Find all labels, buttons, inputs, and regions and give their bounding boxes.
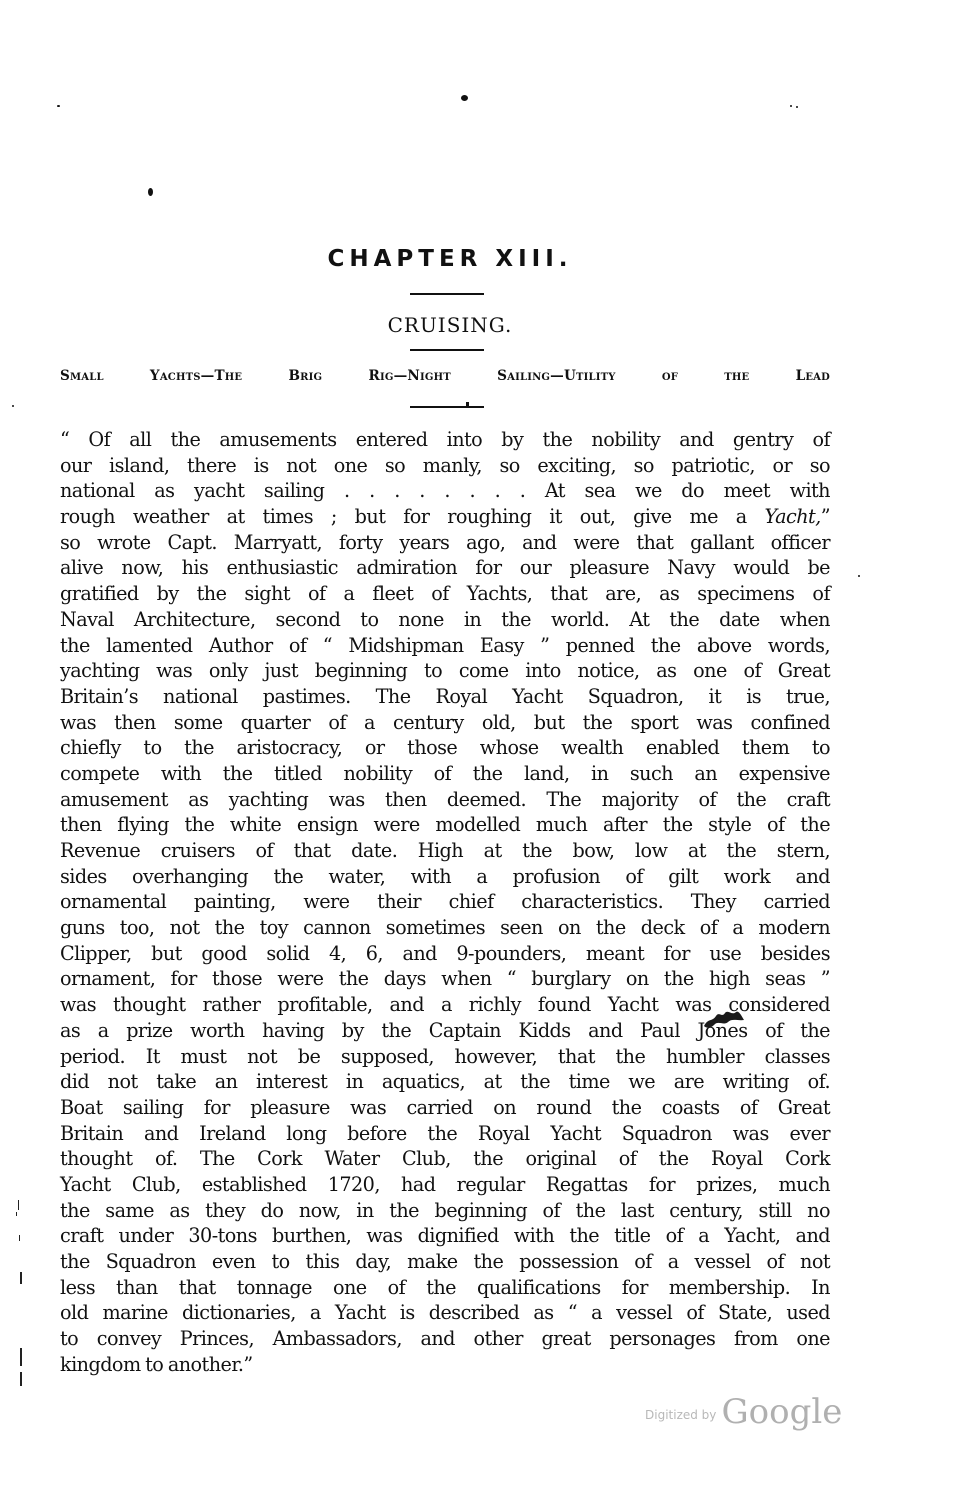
body-line: thought of. The Cork Water Club, the ori… [60, 1146, 830, 1172]
body-line: craft under 30-tons burthen, was dignifi… [60, 1223, 830, 1249]
chapter-heading: CHAPTER XIII. [0, 246, 900, 272]
body-line: the Squadron even to this day, make the … [60, 1249, 830, 1275]
body-line: amusement as yachting was then deemed. T… [60, 787, 830, 813]
scan-speck [12, 405, 14, 407]
body-line: compete with the titled nobility of the … [60, 761, 830, 787]
rule-ornament [466, 402, 469, 406]
margin-mark [19, 1235, 20, 1241]
scan-speck [858, 575, 860, 577]
scan-speck [796, 106, 798, 108]
chapter-synopsis: Small Yachts—The Brig Rig—Night Sailing—… [60, 368, 830, 384]
margin-mark [18, 1200, 19, 1210]
body-line: our island, there is not one so manly, s… [60, 453, 830, 479]
watermark-brand: Google [722, 1392, 843, 1432]
body-line: Britain and Ireland long before the Roya… [60, 1121, 830, 1147]
margin-mark [20, 1348, 22, 1366]
body-line: chiefly to the aristocracy, or those who… [60, 735, 830, 761]
body-line: was then some quarter of a century old, … [60, 710, 830, 736]
scan-speck [461, 95, 468, 101]
margin-mark [16, 1212, 17, 1216]
body-line: guns too, not the toy cannon sometimes s… [60, 915, 830, 941]
body-line: yachting was only just beginning to come… [60, 658, 830, 684]
body-line: “ Of all the amusements entered into by … [60, 427, 830, 453]
watermark-prefix: Digitized by [645, 1408, 716, 1422]
body-line: Yacht Club, established 1720, had regula… [60, 1172, 830, 1198]
heading-rule [410, 293, 484, 295]
body-text: “ Of all the amusements entered into by … [60, 427, 830, 1377]
body-line: Revenue cruisers of that date. High at t… [60, 838, 830, 864]
body-line: kingdom to another.” [60, 1352, 830, 1378]
body-line: the lamented Author of “ Midshipman Easy… [60, 633, 830, 659]
body-line: so wrote Capt. Marryatt, forty years ago… [60, 530, 830, 556]
margin-mark [20, 1372, 22, 1386]
body-line: Boat sailing for pleasure was carried on… [60, 1095, 830, 1121]
body-line: the same as they do now, in the beginnin… [60, 1198, 830, 1224]
scan-speck [148, 188, 153, 196]
body-line: sides overhanging the water, with a prof… [60, 864, 830, 890]
body-line: period. It must not be supposed, however… [60, 1044, 830, 1070]
body-line: ornamental painting, were their chief ch… [60, 889, 830, 915]
body-line: to convey Princes, Ambassadors, and othe… [60, 1326, 830, 1352]
ink-blot [702, 1008, 746, 1030]
body-line: ornament, for those were the days when “… [60, 966, 830, 992]
body-line: then flying the white ensign were modell… [60, 812, 830, 838]
body-line: alive now, his enthusiastic admiration f… [60, 555, 830, 581]
title-rule [410, 349, 484, 351]
chapter-title: CRUISING. [0, 313, 900, 337]
body-line: gratified by the sight of a fleet of Yac… [60, 581, 830, 607]
body-line: did not take an interest in aquatics, at… [60, 1069, 830, 1095]
synopsis-rule [410, 406, 484, 408]
scan-speck [790, 105, 792, 107]
body-line: Britain’s national pastimes. The Royal Y… [60, 684, 830, 710]
body-line: Clipper, but good solid 4, 6, and 9-poun… [60, 941, 830, 967]
body-line: Naval Architecture, second to none in th… [60, 607, 830, 633]
scan-speck [57, 105, 60, 107]
body-line: national as yacht sailing . . . . . . . … [60, 478, 830, 504]
digitized-by-google-watermark: Digitized by Google [645, 1392, 842, 1432]
body-line: less than that tonnage one of the qualif… [60, 1275, 830, 1301]
body-line: old marine dictionaries, a Yacht is desc… [60, 1300, 830, 1326]
margin-mark [20, 1272, 22, 1284]
body-line: rough weather at times ; but for roughin… [60, 504, 830, 530]
